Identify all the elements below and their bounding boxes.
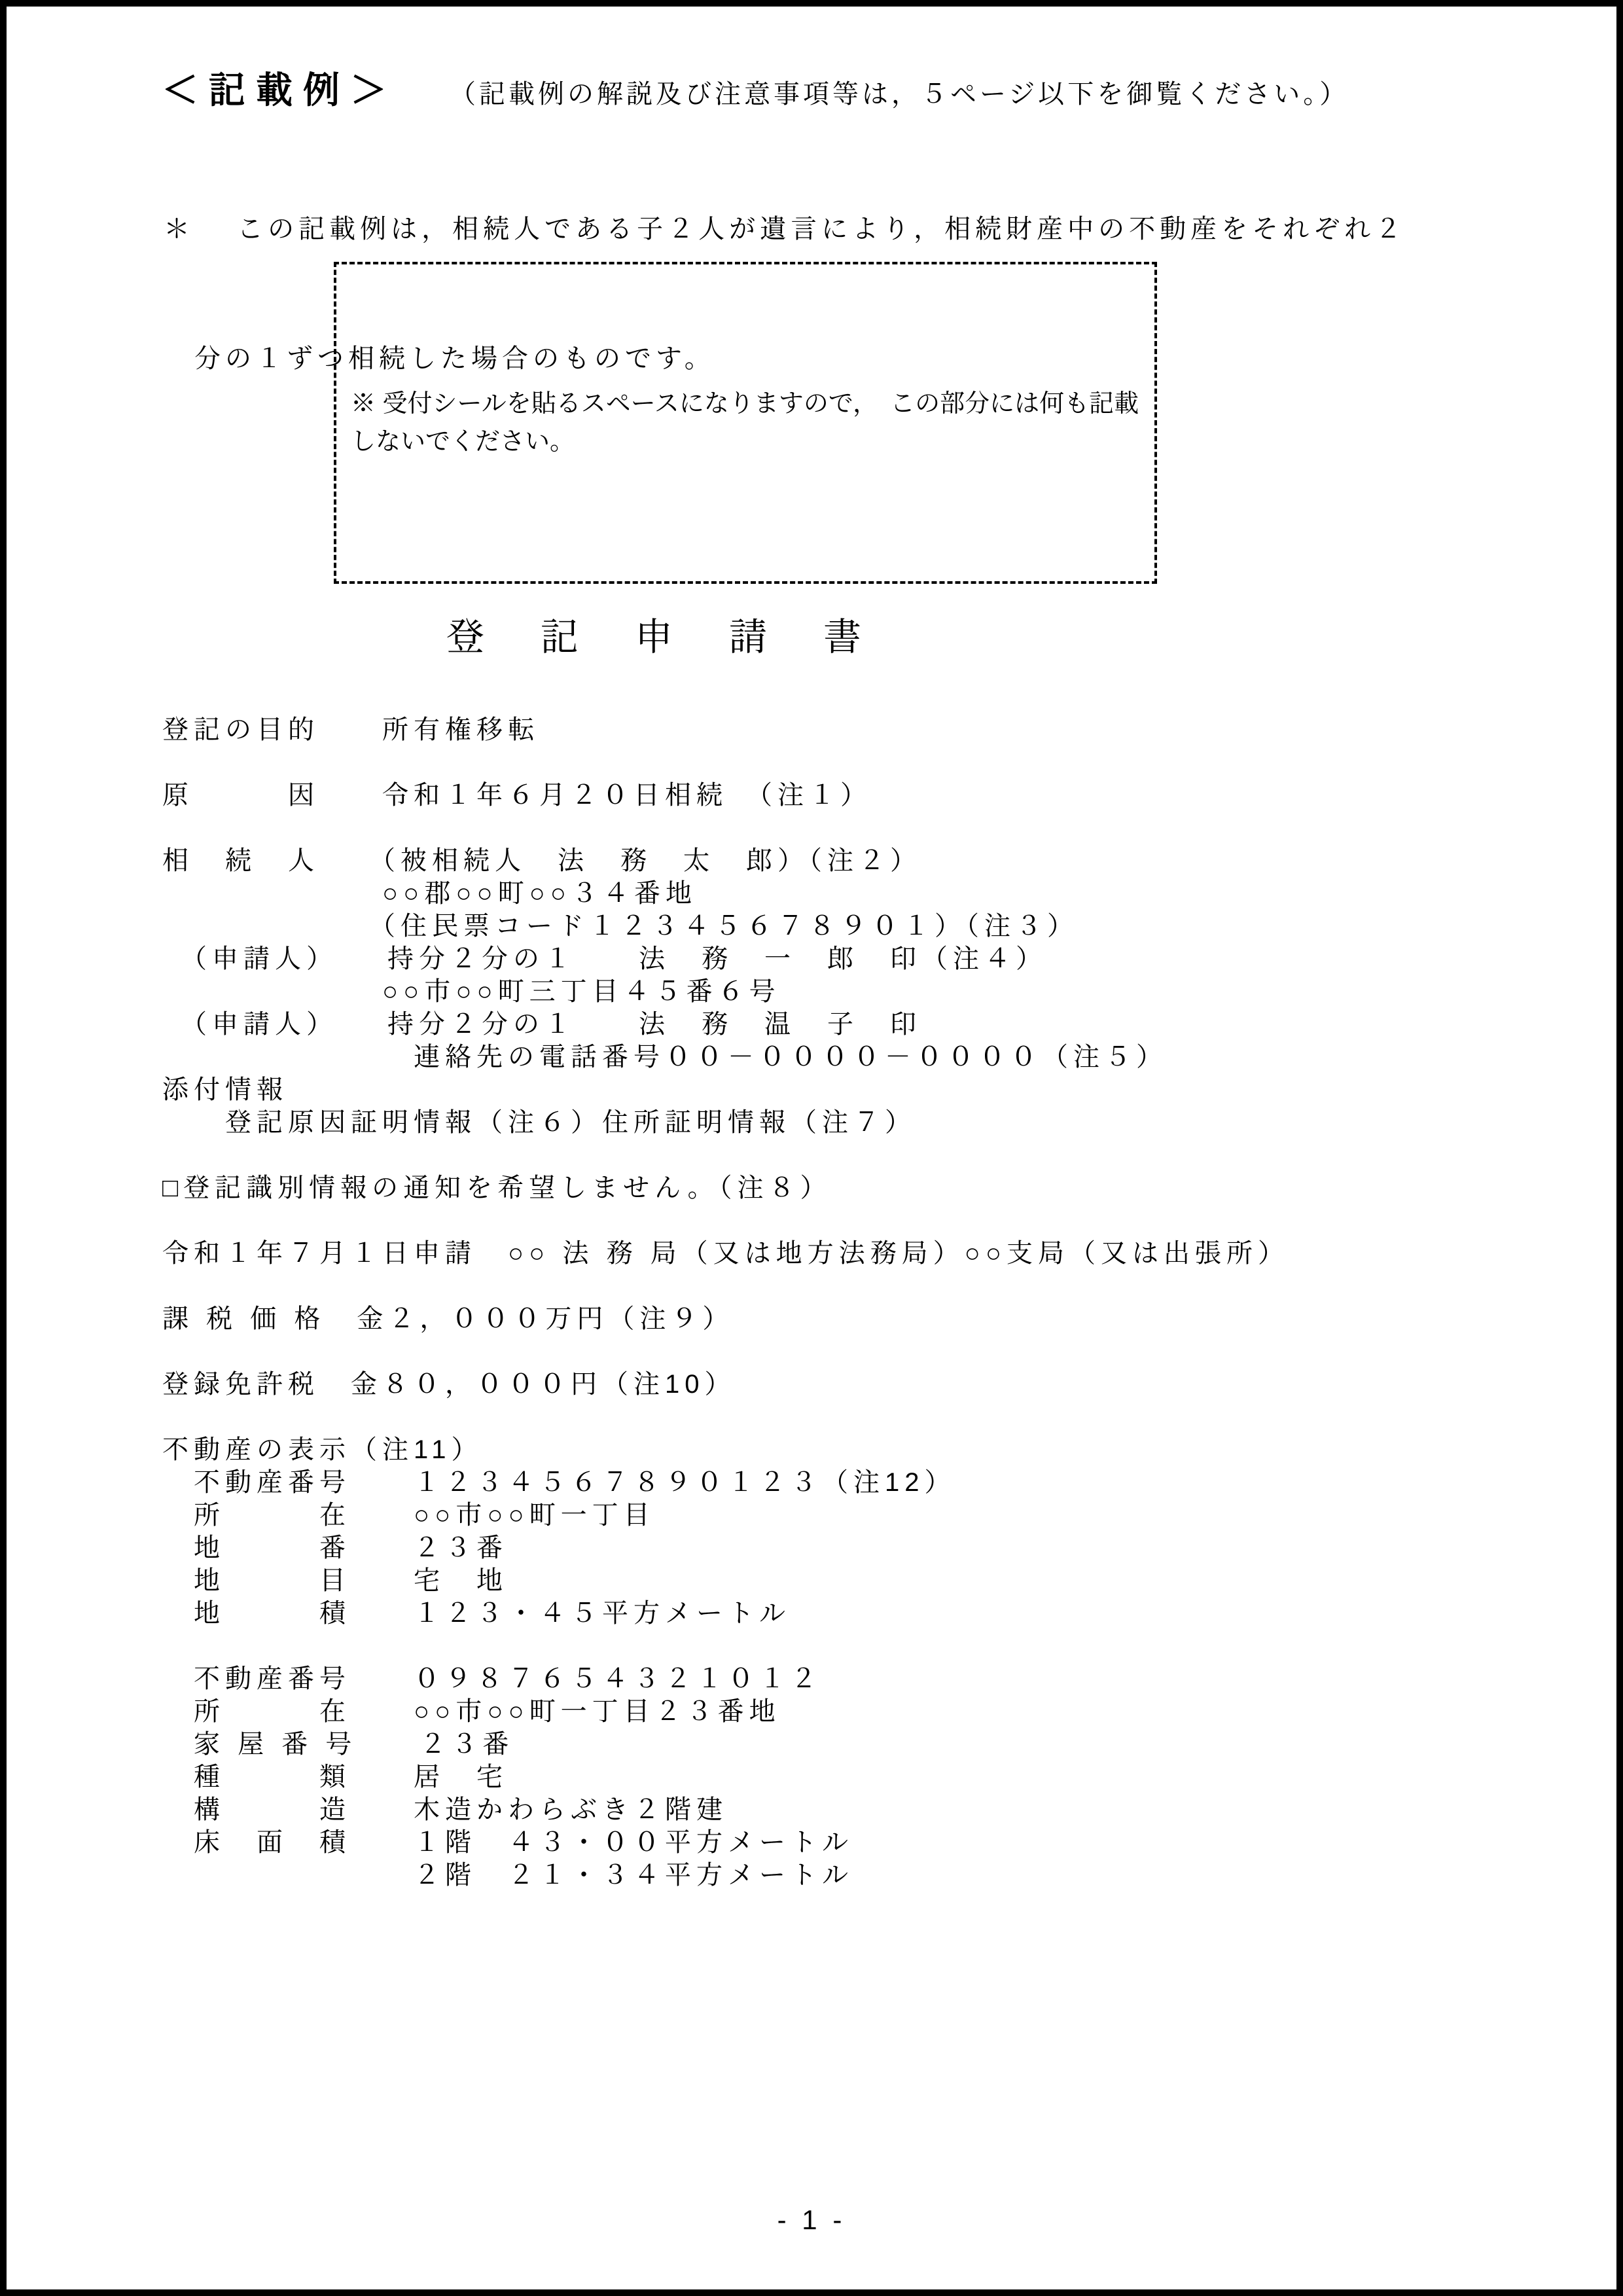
- line-building-floor-area-2f: ２階 ２１・３４平方メートル: [162, 1859, 1556, 1892]
- line-land-area: 地 積 １２３・４５平方メートル: [162, 1597, 1556, 1630]
- line-land-location: 所 在 ○○市○○町一丁目: [162, 1499, 1556, 1532]
- line-building-property-number: 不動産番号 ０９８７６５４３２１０１２: [162, 1662, 1556, 1695]
- line-blank: [162, 812, 1556, 844]
- line-attachments: 登記原因証明情報（注６）住所証明情報（注７）: [162, 1106, 1556, 1139]
- remark-line: ＊ この記載例は，相続人である子２人が遺言により，相続財産中の不動産をそれぞれ２: [164, 207, 1406, 251]
- header: ＜記載例＞ （記載例の解説及び注意事項等は，５ページ以下を御覧ください。）: [162, 62, 1349, 114]
- line-blank: [162, 1335, 1556, 1368]
- document-page: ＜記載例＞ （記載例の解説及び注意事項等は，５ページ以下を御覧ください。） ＊ …: [0, 0, 1623, 2296]
- line-cause: 原 因 令和１年６月２０日相続 （注１）: [162, 779, 1556, 812]
- line-contact-phone: 連絡先の電話番号００－００００－００００（注５）: [162, 1041, 1556, 1073]
- line-blank: [162, 1401, 1556, 1433]
- line-applicant-2: （申請人） 持分２分の１ 法 務 温 子 印: [162, 1008, 1556, 1041]
- line-application-date-office: 令和１年７月１日申請 ○○ 法 務 局（又は地方法務局）○○支局（又は出張所）: [162, 1237, 1556, 1270]
- line-building-type: 種 類 居 宅: [162, 1761, 1556, 1793]
- seal-box-line: ※ 受付シールを貼るスペースになりますので， この部分には何も記載: [351, 385, 1143, 423]
- line-blank: [162, 1204, 1556, 1237]
- line-blank: [162, 1630, 1556, 1662]
- line-blank: [162, 1139, 1556, 1172]
- line-property-heading: 不動産の表示（注11）: [162, 1433, 1556, 1466]
- seal-box-line: しないでください。: [351, 423, 1143, 461]
- line-land-category: 地 目 宅 地: [162, 1564, 1556, 1597]
- line-building-location: 所 在 ○○市○○町一丁目２３番地: [162, 1695, 1556, 1728]
- line-taxable-value: 課 税 価 格 金２，０００万円（注９）: [162, 1302, 1556, 1335]
- line-attachments-heading: 添付情報: [162, 1073, 1556, 1106]
- page-title: ＜記載例＞: [162, 62, 397, 114]
- line-blank: [162, 746, 1556, 779]
- line-resident-code: （住民票コード１２３４５６７８９０１）（注３）: [162, 910, 1556, 942]
- line-land-lot-number: 地 番 ２３番: [162, 1532, 1556, 1564]
- document-title: 登 記 申 請 書: [446, 606, 870, 661]
- line-building-structure: 構 造 木造かわらぶき２階建: [162, 1793, 1556, 1826]
- line-heir-address: ○○郡○○町○○３４番地: [162, 877, 1556, 910]
- line-blank: [162, 1270, 1556, 1302]
- form-body: 登記の目的 所有権移転原 因 令和１年６月２０日相続 （注１）相 続 人 （被相…: [162, 713, 1556, 1892]
- line-applicant-1-address: ○○市○○町三丁目４５番６号: [162, 975, 1556, 1008]
- line-purpose: 登記の目的 所有権移転: [162, 713, 1556, 746]
- page-title-note: （記載例の解説及び注意事項等は，５ページ以下を御覧ください。）: [450, 73, 1349, 111]
- line-applicant-1: （申請人） 持分２分の１ 法 務 一 郎 印（注４）: [162, 942, 1556, 975]
- line-heir: 相 続 人 （被相続人 法 務 太 郎）（注２）: [162, 844, 1556, 877]
- line-id-notification-checkbox: □登記識別情報の通知を希望しません。（注８）: [162, 1172, 1556, 1204]
- line-building-floor-area-1f: 床 面 積 １階 ４３・００平方メートル: [162, 1826, 1556, 1859]
- page-number: - 1 -: [7, 2204, 1616, 2236]
- line-land-property-number: 不動産番号 １２３４５６７８９０１２３（注12）: [162, 1466, 1556, 1499]
- line-building-house-number: 家 屋 番 号 ２３番: [162, 1728, 1556, 1761]
- receipt-seal-box: ※ 受付シールを貼るスペースになりますので， この部分には何も記載 しないでくだ…: [334, 262, 1157, 584]
- line-registration-tax: 登録免許税 金８０，０００円（注10）: [162, 1368, 1556, 1401]
